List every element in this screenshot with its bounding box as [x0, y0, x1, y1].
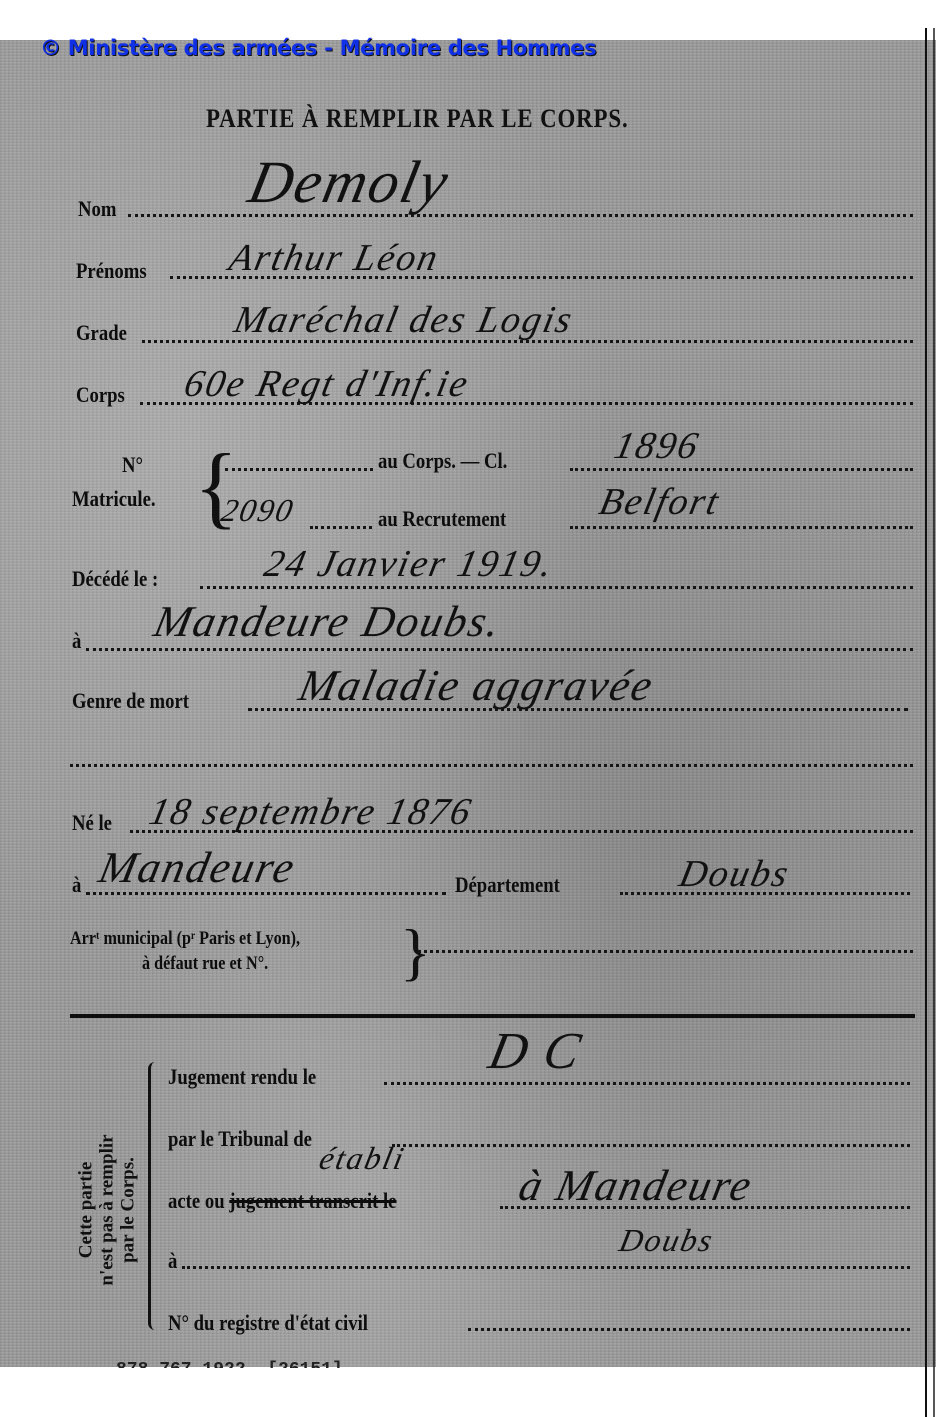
value-acte-insert: établi [316, 1140, 409, 1177]
label-jugement-rendu: Jugement rendu le [168, 1064, 316, 1090]
label-a-civil: à [168, 1248, 177, 1274]
field-line-tribunal [392, 1144, 910, 1147]
form-title: PARTIE À REMPLIR PAR LE CORPS. [206, 104, 629, 134]
label-arr-defaut: à défaut rue et N°. [142, 953, 268, 975]
label-genre-de-mort: Genre de mort [72, 688, 189, 714]
label-matricule: Matricule. [72, 486, 156, 512]
field-line-a-civil [182, 1266, 910, 1269]
label-no: N° [122, 452, 143, 478]
copyright-watermark: © Ministère des armées - Mémoire des Hom… [40, 36, 596, 60]
value-nom: Demoly [243, 148, 456, 217]
value-genre-de-mort: Maladie aggravée [295, 660, 659, 711]
label-au-recrutement: au Recrutement [378, 506, 506, 532]
label-corps: Corps [76, 382, 125, 408]
side-note: Cette partie n'est pas à remplir par le … [62, 1100, 152, 1320]
label-lieu-deces: à [72, 628, 81, 654]
field-line-genre-de-mort-2 [70, 764, 913, 767]
value-matricule-recrutement: 2090 [218, 492, 298, 529]
value-lieu-naissance: Mandeure [95, 842, 301, 893]
page-border-line [933, 28, 935, 1417]
side-note-line-3: par le Corps. [118, 1134, 139, 1285]
value-recrutement: Belfort [595, 480, 724, 524]
section-divider [70, 1014, 915, 1018]
value-acte-lieu: à Mandeure [515, 1160, 758, 1211]
side-note-line-2: n'est pas à remplir [97, 1134, 118, 1285]
field-line-lieu-deces [86, 648, 913, 651]
label-nom: Nom [78, 196, 116, 222]
label-tribunal: par le Tribunal de [168, 1126, 312, 1152]
field-line-classe [570, 468, 913, 471]
label-decede-le: Décédé le : [72, 566, 158, 592]
field-line-arr-municipal [418, 950, 913, 953]
side-note-line-1: Cette partie [76, 1134, 97, 1285]
footer-print-code: 878-767-1922. [26151] [116, 1360, 343, 1368]
value-ne-le: 18 septembre 1876 [145, 790, 476, 834]
value-prenoms: Arthur Léon [225, 236, 443, 280]
field-line-matricule-recrutement [310, 526, 372, 529]
field-line-registre [468, 1328, 910, 1331]
label-prenoms: Prénoms [76, 258, 147, 284]
label-ne-le: Né le [72, 810, 112, 836]
value-departement: Doubs [675, 852, 794, 896]
label-acte-prefix: acte ou [168, 1188, 229, 1213]
label-acte-struck: jugement transcrit le [229, 1188, 396, 1213]
label-acte: acte ou jugement transcrit le [168, 1188, 396, 1214]
value-jugement: D C [484, 1022, 588, 1081]
field-line-decede-le [200, 586, 913, 589]
label-departement: Département [455, 872, 560, 898]
field-line-jugement [384, 1082, 910, 1085]
field-line-matricule-corps [225, 468, 373, 471]
value-a-lieu: Doubs [616, 1222, 717, 1259]
value-grade: Maréchal des Logis [230, 298, 577, 342]
page-border-line [925, 28, 927, 1417]
value-classe: 1896 [610, 424, 703, 468]
label-lieu-naissance: à [72, 872, 81, 898]
value-decede-le: 24 Janvier 1919. [260, 542, 558, 586]
label-registre: N° du registre d'état civil [168, 1310, 368, 1336]
label-grade: Grade [76, 320, 127, 346]
field-line-recrutement [570, 526, 913, 529]
side-bracket [148, 1062, 155, 1330]
value-corps: 60e Regt d'Inf.ie [180, 362, 473, 406]
label-au-corps-classe: au Corps. — Cl. [378, 448, 507, 474]
value-lieu-deces: Mandeure Doubs. [150, 596, 507, 647]
label-arr-municipal: Arrᵗ municipal (pʳ Paris et Lyon), [70, 928, 300, 950]
